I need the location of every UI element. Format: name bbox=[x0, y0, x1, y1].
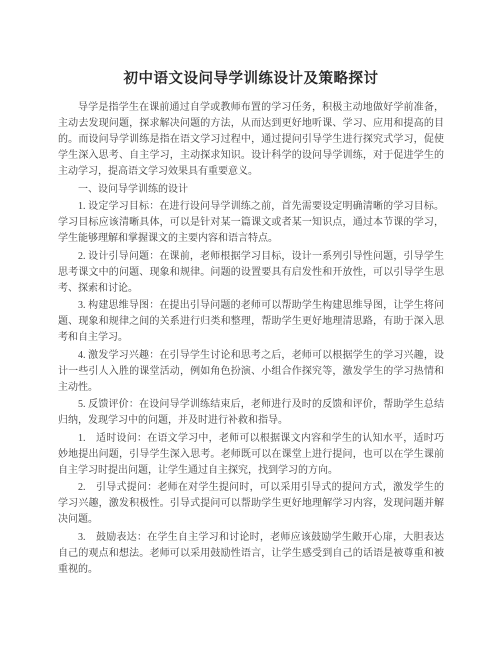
strategy-2-paragraph: 2. 引导式提问：老师在对学生提问时，可以采用引导式的提问方式，激发学生的学习兴… bbox=[58, 480, 444, 528]
document-title: 初中语文设问导学训练设计及策略探讨 bbox=[58, 69, 444, 89]
document-page: 初中语文设问导学训练设计及策略探讨 导学是指学生在课前通过自学或教师布置的学习任… bbox=[0, 0, 502, 649]
design-step-3-paragraph: 3. 构建思维导图：在提出引导问题的老师可以帮助学生构建思维导图，让学生将问题、… bbox=[58, 298, 444, 346]
design-step-5-paragraph: 5. 反馈评价：在设问导学训练结束后，老师进行及时的反馈和评价，帮助学生总结归纳… bbox=[58, 397, 444, 429]
strategy-1-paragraph: 1. 适时设问：在语文学习中，老师可以根据课文内容和学生的认知水平，适时巧妙地提… bbox=[58, 431, 444, 479]
section-heading: 一、设问导学训练的设计 bbox=[58, 182, 444, 198]
design-step-4-paragraph: 4. 激发学习兴趣：在引导学生讨论和思考之后，老师可以根据学生的学习兴趣，设计一… bbox=[58, 348, 444, 396]
design-step-2-paragraph: 2. 设计引导问题：在课前，老师根据学习目标，设计一系列引导性问题，引导学生思考… bbox=[58, 249, 444, 297]
design-step-1-paragraph: 1. 设定学习目标：在进行设问导学训练之前，首先需要设定明确清晰的学习目标。学习… bbox=[58, 199, 444, 247]
document-content: 初中语文设问导学训练设计及策略探讨 导学是指学生在课前通过自学或教师布置的学习任… bbox=[58, 69, 444, 579]
intro-paragraph: 导学是指学生在课前通过自学或教师布置的学习任务，积极主动地做好学前准备，主动去发… bbox=[58, 100, 444, 180]
strategy-3-paragraph: 3. 鼓励表达：在学生自主学习和讨论时，老师应该鼓励学生敞开心扉，大胆表达自己的… bbox=[58, 530, 444, 578]
